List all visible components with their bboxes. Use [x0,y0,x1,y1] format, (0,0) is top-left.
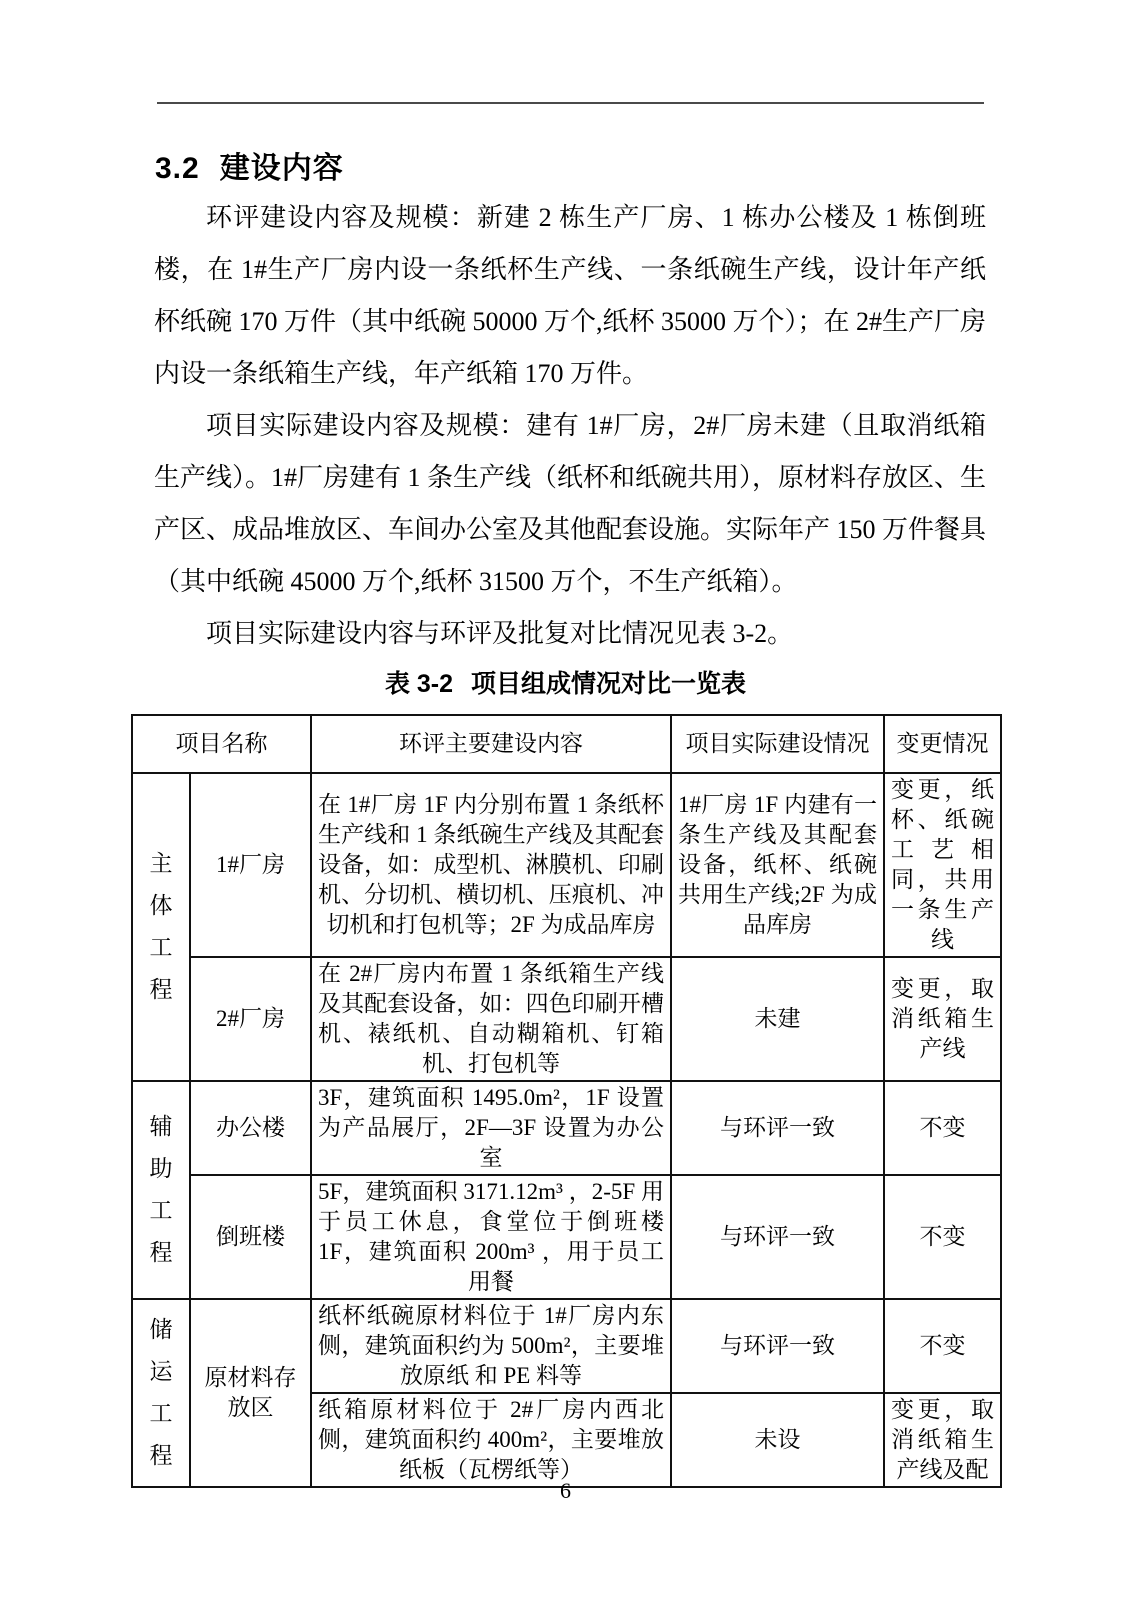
cell-material-cup-epia: 纸杯纸碗原材料位于 1#厂房内东侧，建筑面积约为 500m²，主要堆放原纸 和 … [311,1299,671,1393]
group-auxiliary-works: 辅助工程 [132,1081,190,1299]
header-rule [157,102,984,104]
comparison-table: 项目名称 环评主要建设内容 项目实际建设情况 变更情况 主体工程 1#厂房 在 … [131,714,1002,1488]
cell-factory1-change: 变更，纸杯、纸碗工艺相同，共用一条生产线 [884,773,1001,957]
cell-material-cup-actual: 与环评一致 [671,1299,884,1393]
group-auxiliary-works-label: 辅助工程 [148,1106,174,1274]
group-storage-works-label: 储运工程 [148,1309,174,1477]
section-heading: 3.2建设内容 [155,143,344,187]
cell-office-epia: 3F，建筑面积 1495.0m²，1F 设置为产品展厅，2F—3F 设置为办公室 [311,1081,671,1175]
paragraph-actual-scale: 项目实际建设内容及规模：建有 1#厂房，2#厂房未建（且取消纸箱生产线）。1#厂… [154,400,986,608]
section-title: 建设内容 [220,152,344,185]
cell-factory2-epia: 在 2#厂房内布置 1 条纸箱生产线及其配套设备，如：四色印刷开槽机、裱纸机、自… [311,957,671,1081]
cell-office-change: 不变 [884,1081,1001,1175]
cell-material-carton-change: 变更，取消纸箱生产线及配 [884,1393,1001,1487]
cell-office-actual: 与环评一致 [671,1081,884,1175]
cell-material-carton-epia: 纸箱原材料位于 2#厂房内西北侧，建筑面积约 400m²，主要堆放纸板（瓦楞纸等… [311,1393,671,1487]
table-caption: 表 3-2项目组成情况对比一览表 [0,664,1131,700]
cell-material-cup-change: 不变 [884,1299,1001,1393]
cell-factory1-actual: 1#厂房 1F 内建有一条生产线及其配套设备，纸杯、纸碗共用生产线;2F 为成品… [671,773,884,957]
cell-factory2-actual: 未建 [671,957,884,1081]
table-row-dormitory: 倒班楼 5F，建筑面积 3171.12m³ ，2-5F 用于员工休息，食堂位于倒… [132,1175,1001,1299]
table-caption-number: 表 3-2 [385,670,453,698]
header-epia-content: 环评主要建设内容 [311,715,671,773]
table-caption-title: 项目组成情况对比一览表 [471,670,746,698]
row-label-factory2: 2#厂房 [190,957,311,1081]
group-storage-works: 储运工程 [132,1299,190,1487]
cell-factory2-change: 变更，取消纸箱生产线 [884,957,1001,1081]
paragraph-table-reference: 项目实际建设内容与环评及批复对比情况见表 3-2。 [154,608,986,660]
cell-dormitory-change: 不变 [884,1175,1001,1299]
body-text: 环评建设内容及规模：新建 2 栋生产厂房、1 栋办公楼及 1 栋倒班楼，在 1#… [154,192,986,660]
group-main-works-label: 主体工程 [148,843,174,1011]
table-row-factory2: 2#厂房 在 2#厂房内布置 1 条纸箱生产线及其配套设备，如：四色印刷开槽机、… [132,957,1001,1081]
header-change-status: 变更情况 [884,715,1001,773]
table-row-office: 辅助工程 办公楼 3F，建筑面积 1495.0m²，1F 设置为产品展厅，2F—… [132,1081,1001,1175]
row-label-office: 办公楼 [190,1081,311,1175]
group-main-works: 主体工程 [132,773,190,1081]
section-number: 3.2 [155,152,200,185]
header-actual-content: 项目实际建设情况 [671,715,884,773]
cell-material-carton-actual: 未设 [671,1393,884,1487]
table-row-factory1: 主体工程 1#厂房 在 1#厂房 1F 内分别布置 1 条纸杯生产线和 1 条纸… [132,773,1001,957]
page-number: 6 [0,1478,1131,1504]
row-label-material-area: 原材料存放区 [190,1299,311,1487]
row-label-factory1: 1#厂房 [190,773,311,957]
paragraph-epia-scale: 环评建设内容及规模：新建 2 栋生产厂房、1 栋办公楼及 1 栋倒班楼，在 1#… [154,192,986,400]
cell-factory1-epia: 在 1#厂房 1F 内分别布置 1 条纸杯生产线和 1 条纸碗生产线及其配套设备… [311,773,671,957]
row-label-dormitory: 倒班楼 [190,1175,311,1299]
table-row-material-cup: 储运工程 原材料存放区 纸杯纸碗原材料位于 1#厂房内东侧，建筑面积约为 500… [132,1299,1001,1393]
cell-dormitory-epia: 5F，建筑面积 3171.12m³ ，2-5F 用于员工休息，食堂位于倒班楼 1… [311,1175,671,1299]
table-header-row: 项目名称 环评主要建设内容 项目实际建设情况 变更情况 [132,715,1001,773]
header-project-name: 项目名称 [132,715,311,773]
cell-dormitory-actual: 与环评一致 [671,1175,884,1299]
